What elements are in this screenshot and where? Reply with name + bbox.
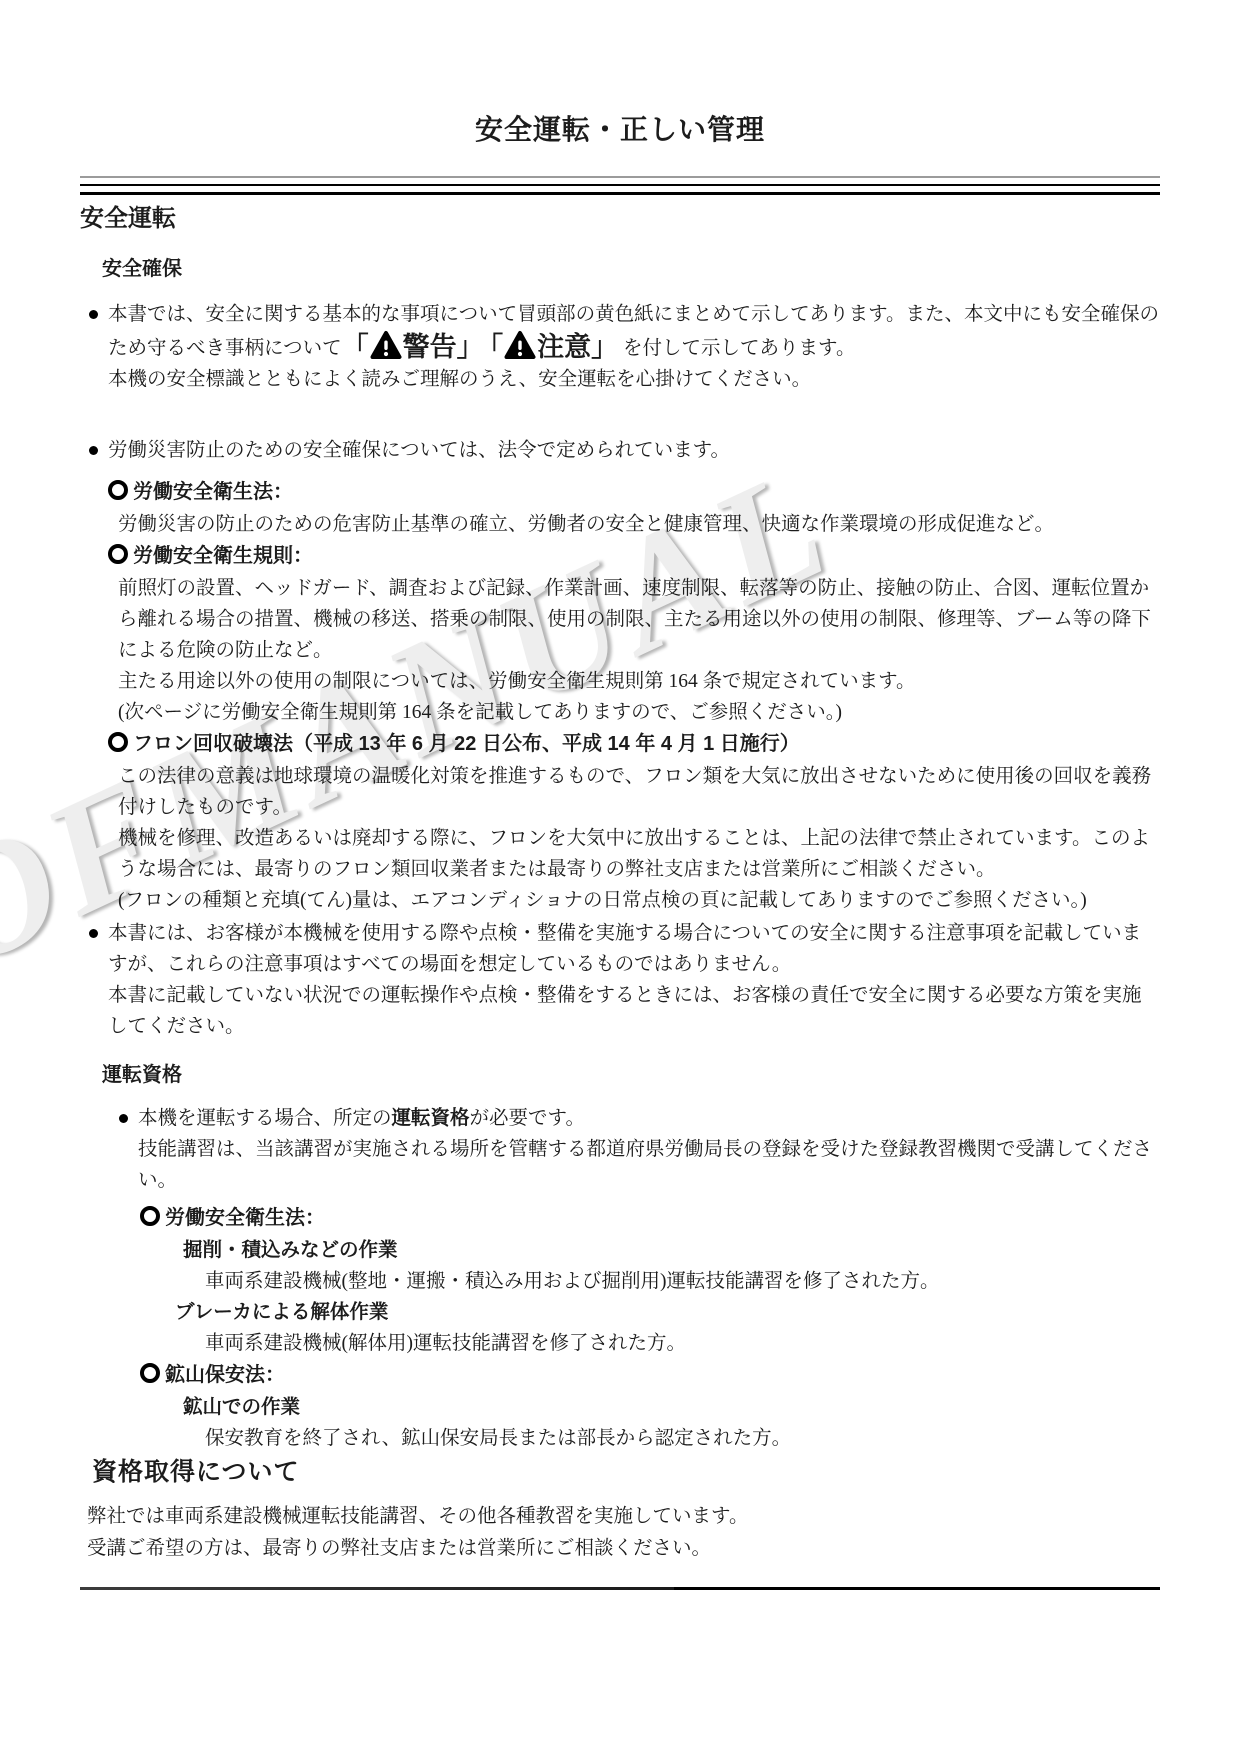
law-body-text: この法律の意義は地球環境の温暖化対策を推進するもので、フロン類を大気に放出させな… [118, 761, 1160, 823]
bullet-icon [89, 310, 98, 319]
paragraph-text: 本機を運転する場合、所定の [138, 1108, 392, 1129]
list-item: 労働災害防止のための安全確保については、法令で定められています。 [108, 435, 1160, 466]
law-body-text: 機械を修理、改造あるいは廃却する際に、フロンを大気中に放出することは、上記の法律… [118, 823, 1160, 885]
law-name: 労働安全衛生規則： [133, 545, 313, 567]
paragraph-text: 本機の安全標識とともによく読みご理解のうえ、安全運転を心掛けてください。 [108, 364, 1160, 395]
warning-word: 警告 [403, 332, 457, 362]
bracket-open: 「 [342, 332, 369, 362]
circle-bullet-icon [108, 544, 128, 564]
bracket-close: 」 [457, 332, 484, 362]
circle-bullet-icon [108, 732, 128, 752]
paragraph-text: 技能講習は、当該講習が実施される場所を管轄する都道府県労働局長の登録を受けた登録… [138, 1134, 1160, 1196]
paragraph-text: を付して示してあります。 [623, 338, 855, 359]
emphasized-text: 運転資格 [392, 1107, 470, 1129]
circle-bullet-icon [140, 1206, 160, 1226]
work-type-requirement: 車両系建設機械(整地・運搬・積込み用および掘削用)運転技能講習を修了された方。 [205, 1266, 1160, 1297]
page-title: 安全運転・正しい管理 [80, 0, 1160, 148]
law-label: 労働安全衛生法： [108, 476, 1160, 509]
manual-page: OFMANUAL 安全運転・正しい管理 安全運転 安全確保 本書では、安全に関す… [0, 0, 1241, 1754]
law-label: 鉱山保安法： [140, 1359, 1160, 1392]
law-body-text: 主たる用途以外の使用の制限については、労働安全衛生規則第 164 条で規定されて… [118, 666, 1160, 697]
bracket-open: 「 [490, 332, 504, 362]
warning-label: 「警告」 [342, 332, 484, 362]
law-name: 鉱山保安法： [165, 1364, 285, 1386]
law-name: 労働安全衛生法： [165, 1207, 325, 1229]
list-item: 本機を運転する場合、所定の運転資格が必要です。 技能講習は、当該講習が実施される… [138, 1103, 1160, 1196]
law-body-text: 労働災害の防止のための危害防止基準の確立、労働者の安全と健康管理、快適な作業環境… [118, 509, 1160, 540]
law-name: 労働安全衛生法： [133, 481, 293, 503]
law-label: フロン回収破壊法（平成 13 年 6 月 22 日公布、平成 14 年 4 月 … [108, 728, 1160, 761]
subheading-operator-license: 運転資格 [102, 1062, 1160, 1089]
paragraph: 本書では、安全に関する基本的な事項について冒頭部の黄色紙にまとめて示してあります… [108, 299, 1160, 364]
paragraph-text: 受講ご希望の方は、最寄りの弊社支店または営業所にご相談ください。 [87, 1533, 1160, 1565]
bullet-icon [119, 1114, 128, 1123]
safety-assurance-section: 安全確保 本書では、安全に関する基本的な事項について冒頭部の黄色紙にまとめて示し… [80, 256, 1160, 1042]
list-item: 本書では、安全に関する基本的な事項について冒頭部の黄色紙にまとめて示してあります… [108, 299, 1160, 395]
warning-triangle-icon [370, 330, 402, 360]
caution-word: 注意 [537, 332, 591, 362]
law-item: フロン回収破壊法（平成 13 年 6 月 22 日公布、平成 14 年 4 月 … [108, 728, 1160, 916]
warning-triangle-icon [504, 330, 536, 360]
law-item: 労働安全衛生規則： 前照灯の設置、ヘッドガード、調査および記録、作業計画、速度制… [108, 540, 1160, 728]
paragraph-text: 本書に記載していない状況での運転操作や点検・整備をするときには、お客様の責任で安… [108, 980, 1160, 1042]
work-type-title: 鉱山での作業 [183, 1392, 1160, 1423]
bracket-close: 」 [591, 332, 618, 362]
work-type-requirement: 保安教育を終了され、鉱山保安局長または部長から認定された方。 [205, 1423, 1160, 1454]
law-body-text: 前照灯の設置、ヘッドガード、調査および記録、作業計画、速度制限、転落等の防止、接… [118, 573, 1160, 666]
paragraph-text: 本書には、お客様が本機械を使用する際や点検・整備を実施する場合についての安全に関… [108, 918, 1160, 980]
title-divider-thin-line [80, 176, 1160, 178]
work-type-requirement: 車両系建設機械(解体用)運転技能講習を修了された方。 [205, 1328, 1160, 1359]
footer-rule [80, 1587, 1160, 1590]
page-content: 安全運転・正しい管理 安全運転 安全確保 本書では、安全に関する基本的な事項につ… [0, 0, 1241, 1590]
paragraph-text: 労働災害防止のための安全確保については、法令で定められています。 [108, 435, 1160, 466]
paragraph: 本機を運転する場合、所定の運転資格が必要です。 [138, 1103, 1160, 1134]
work-type-title: 掘削・積込みなどの作業 [183, 1235, 1160, 1266]
law-body-text: (次ページに労働安全衛生規則第 164 条を記載してありますので、ご参照ください… [118, 697, 1160, 728]
law-label: 労働安全衛生規則： [108, 540, 1160, 573]
subheading-safety-assurance: 安全確保 [102, 256, 1160, 283]
caution-label: 「注意」 [490, 332, 619, 362]
section-heading-qualification: 資格取得について [92, 1456, 1160, 1489]
law-label: 労働安全衛生法： [140, 1202, 1160, 1235]
paragraph-text: が必要です。 [470, 1108, 585, 1129]
law-item: 労働安全衛生法： 掘削・積込みなどの作業 車両系建設機械(整地・運搬・積込み用お… [140, 1202, 1160, 1359]
operator-license-section: 運転資格 本機を運転する場合、所定の運転資格が必要です。 技能講習は、当該講習が… [80, 1062, 1160, 1454]
law-name: フロン回収破壊法（平成 13 年 6 月 22 日公布、平成 14 年 4 月 … [133, 733, 800, 755]
title-divider [80, 176, 1160, 195]
list-item: 本書には、お客様が本機械を使用する際や点検・整備を実施する場合についての安全に関… [108, 918, 1160, 1042]
law-item: 労働安全衛生法： 労働災害の防止のための危害防止基準の確立、労働者の安全と健康管… [108, 476, 1160, 540]
law-body-text: (フロンの種類と充填(てん)量は、エアコンディショナの日常点検の頁に記載してあり… [118, 885, 1160, 916]
section-heading-safe-driving: 安全運転 [80, 203, 1160, 234]
circle-bullet-icon [108, 480, 128, 500]
circle-bullet-icon [140, 1363, 160, 1383]
work-type-title: ブレーカによる解体作業 [175, 1297, 1160, 1328]
law-item: 鉱山保安法： 鉱山での作業 保安教育を終了され、鉱山保安局長または部長から認定さ… [140, 1359, 1160, 1454]
bullet-icon [89, 446, 98, 455]
title-divider-thick-line [80, 184, 1160, 195]
paragraph-text: 弊社では車両系建設機械運転技能講習、その他各種教習を実施しています。 [87, 1501, 1160, 1533]
bullet-icon [89, 929, 98, 938]
qualification-section: 資格取得について 弊社では車両系建設機械運転技能講習、その他各種教習を実施してい… [80, 1456, 1160, 1565]
